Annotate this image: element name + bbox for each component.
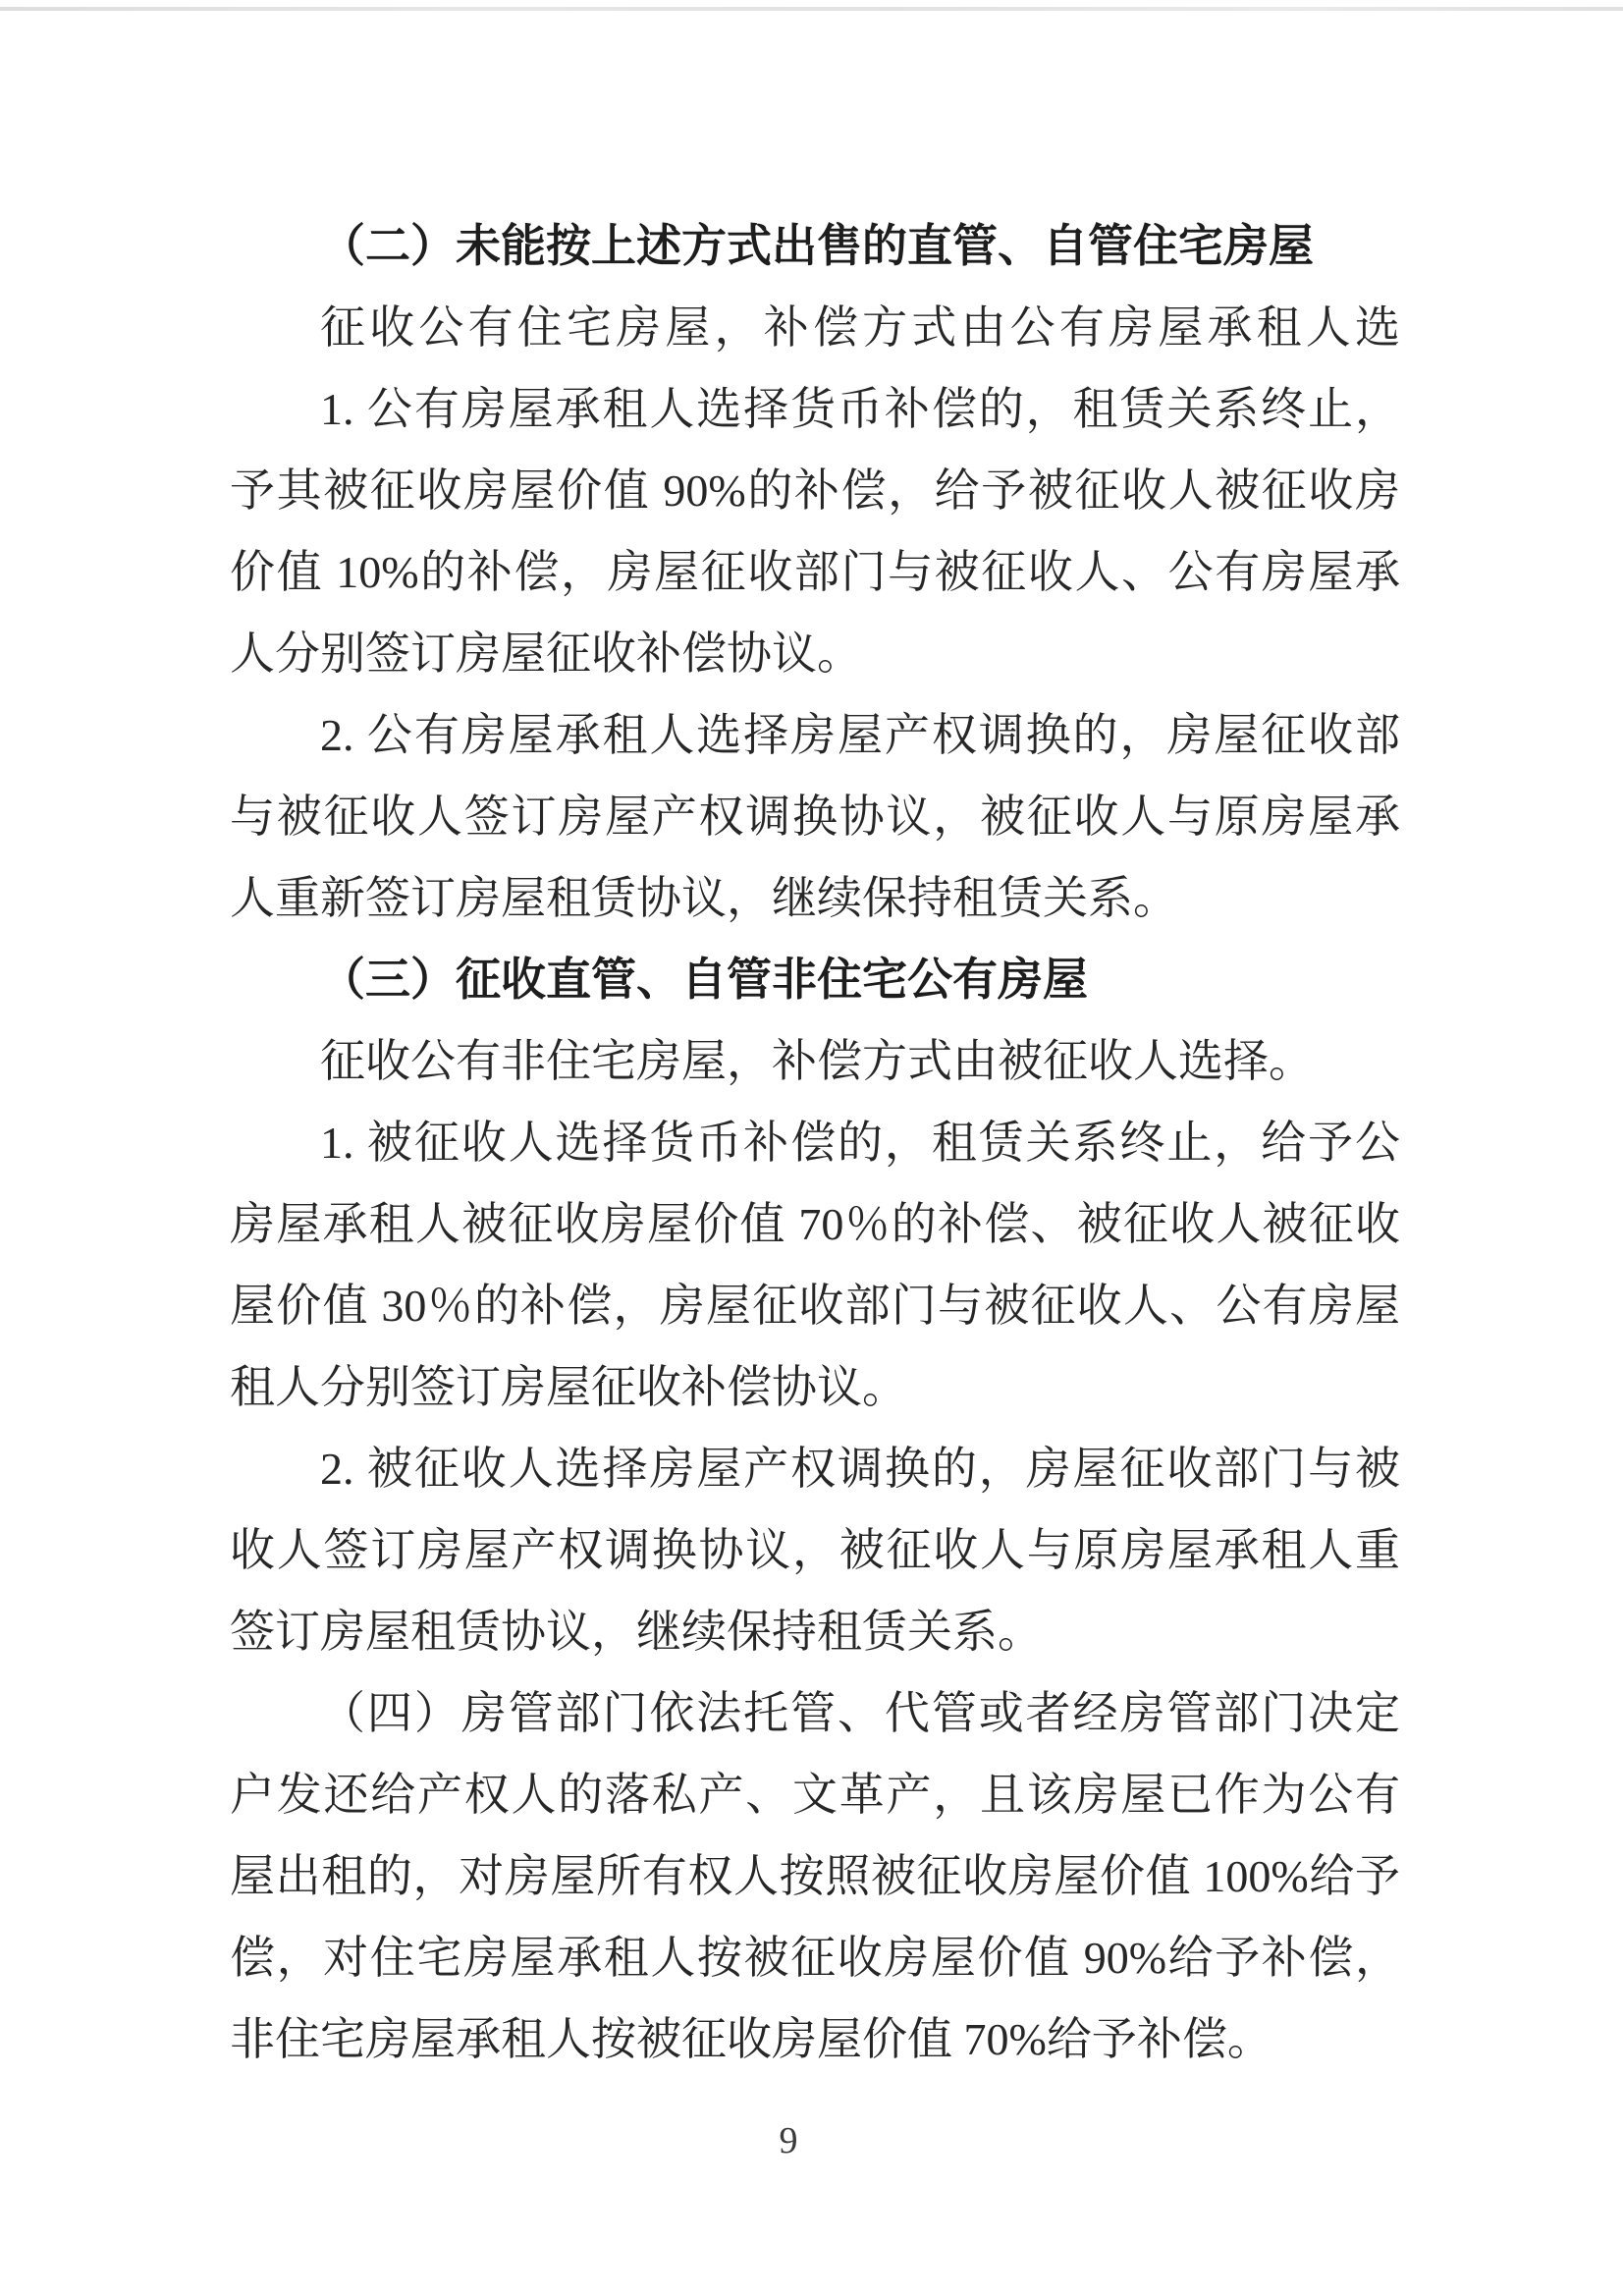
text-line: 屋出租的，对房屋所有权人按照被征收房屋价值 100%给予补: [230, 1835, 1400, 1917]
text-line: 人分别签订房屋征收补偿协议。: [230, 613, 1400, 694]
scan-artifact-line: [0, 7, 1623, 11]
text-line: （四）房管部门依法托管、代管或者经房管部门决定带: [230, 1672, 1400, 1754]
text-line: 偿，对住宅房屋承租人按被征收房屋价值 90%给予补偿，对: [230, 1917, 1400, 1998]
text-line: 2. 被征收人选择房屋产权调换的，房屋征收部门与被征: [230, 1428, 1400, 1509]
text-line: 房屋承租人被征收房屋价值 70％的补偿、被征收人被征收房: [230, 1183, 1400, 1265]
text-line: 户发还给产权人的落私产、文革产，且该房屋已作为公有房: [230, 1754, 1400, 1835]
text-line: 价值 10%的补偿，房屋征收部门与被征收人、公有房屋承租: [230, 531, 1400, 613]
text-line: 租人分别签订房屋征收补偿协议。: [230, 1346, 1400, 1428]
page-number: 9: [744, 2119, 833, 2162]
document-body: （二）未能按上述方式出售的直管、自管住宅房屋征收公有住宅房屋，补偿方式由公有房屋…: [230, 205, 1400, 2080]
text-line: 签订房屋租赁协议，继续保持租赁关系。: [230, 1591, 1400, 1672]
section-heading: （二）未能按上述方式出售的直管、自管住宅房屋: [230, 205, 1400, 287]
section-heading: （三）征收直管、自管非住宅公有房屋: [230, 939, 1400, 1020]
text-line: 与被征收人签订房屋产权调换协议，被征收人与原房屋承租: [230, 776, 1400, 857]
document-page: （二）未能按上述方式出售的直管、自管住宅房屋征收公有住宅房屋，补偿方式由公有房屋…: [0, 0, 1623, 2296]
text-line: 收人签订房屋产权调换协议，被征收人与原房屋承租人重新: [230, 1509, 1400, 1591]
text-line: 屋价值 30％的补偿，房屋征收部门与被征收人、公有房屋承: [230, 1265, 1400, 1346]
text-line: 征收公有非住宅房屋，补偿方式由被征收人选择。: [230, 1020, 1400, 1102]
text-line: 人重新签订房屋租赁协议，继续保持租赁关系。: [230, 857, 1400, 939]
text-line: 2. 公有房屋承租人选择房屋产权调换的，房屋征收部门: [230, 694, 1400, 776]
text-line: 征收公有住宅房屋，补偿方式由公有房屋承租人选择。: [230, 287, 1400, 368]
text-line: 1. 被征收人选择货币补偿的，租赁关系终止，给予公有: [230, 1102, 1400, 1183]
text-line: 1. 公有房屋承租人选择货币补偿的，租赁关系终止，给: [230, 368, 1400, 450]
text-line: 予其被征收房屋价值 90%的补偿，给予被征收人被征收房屋: [230, 450, 1400, 531]
text-line: 非住宅房屋承租人按被征收房屋价值 70%给予补偿。: [230, 1998, 1400, 2080]
